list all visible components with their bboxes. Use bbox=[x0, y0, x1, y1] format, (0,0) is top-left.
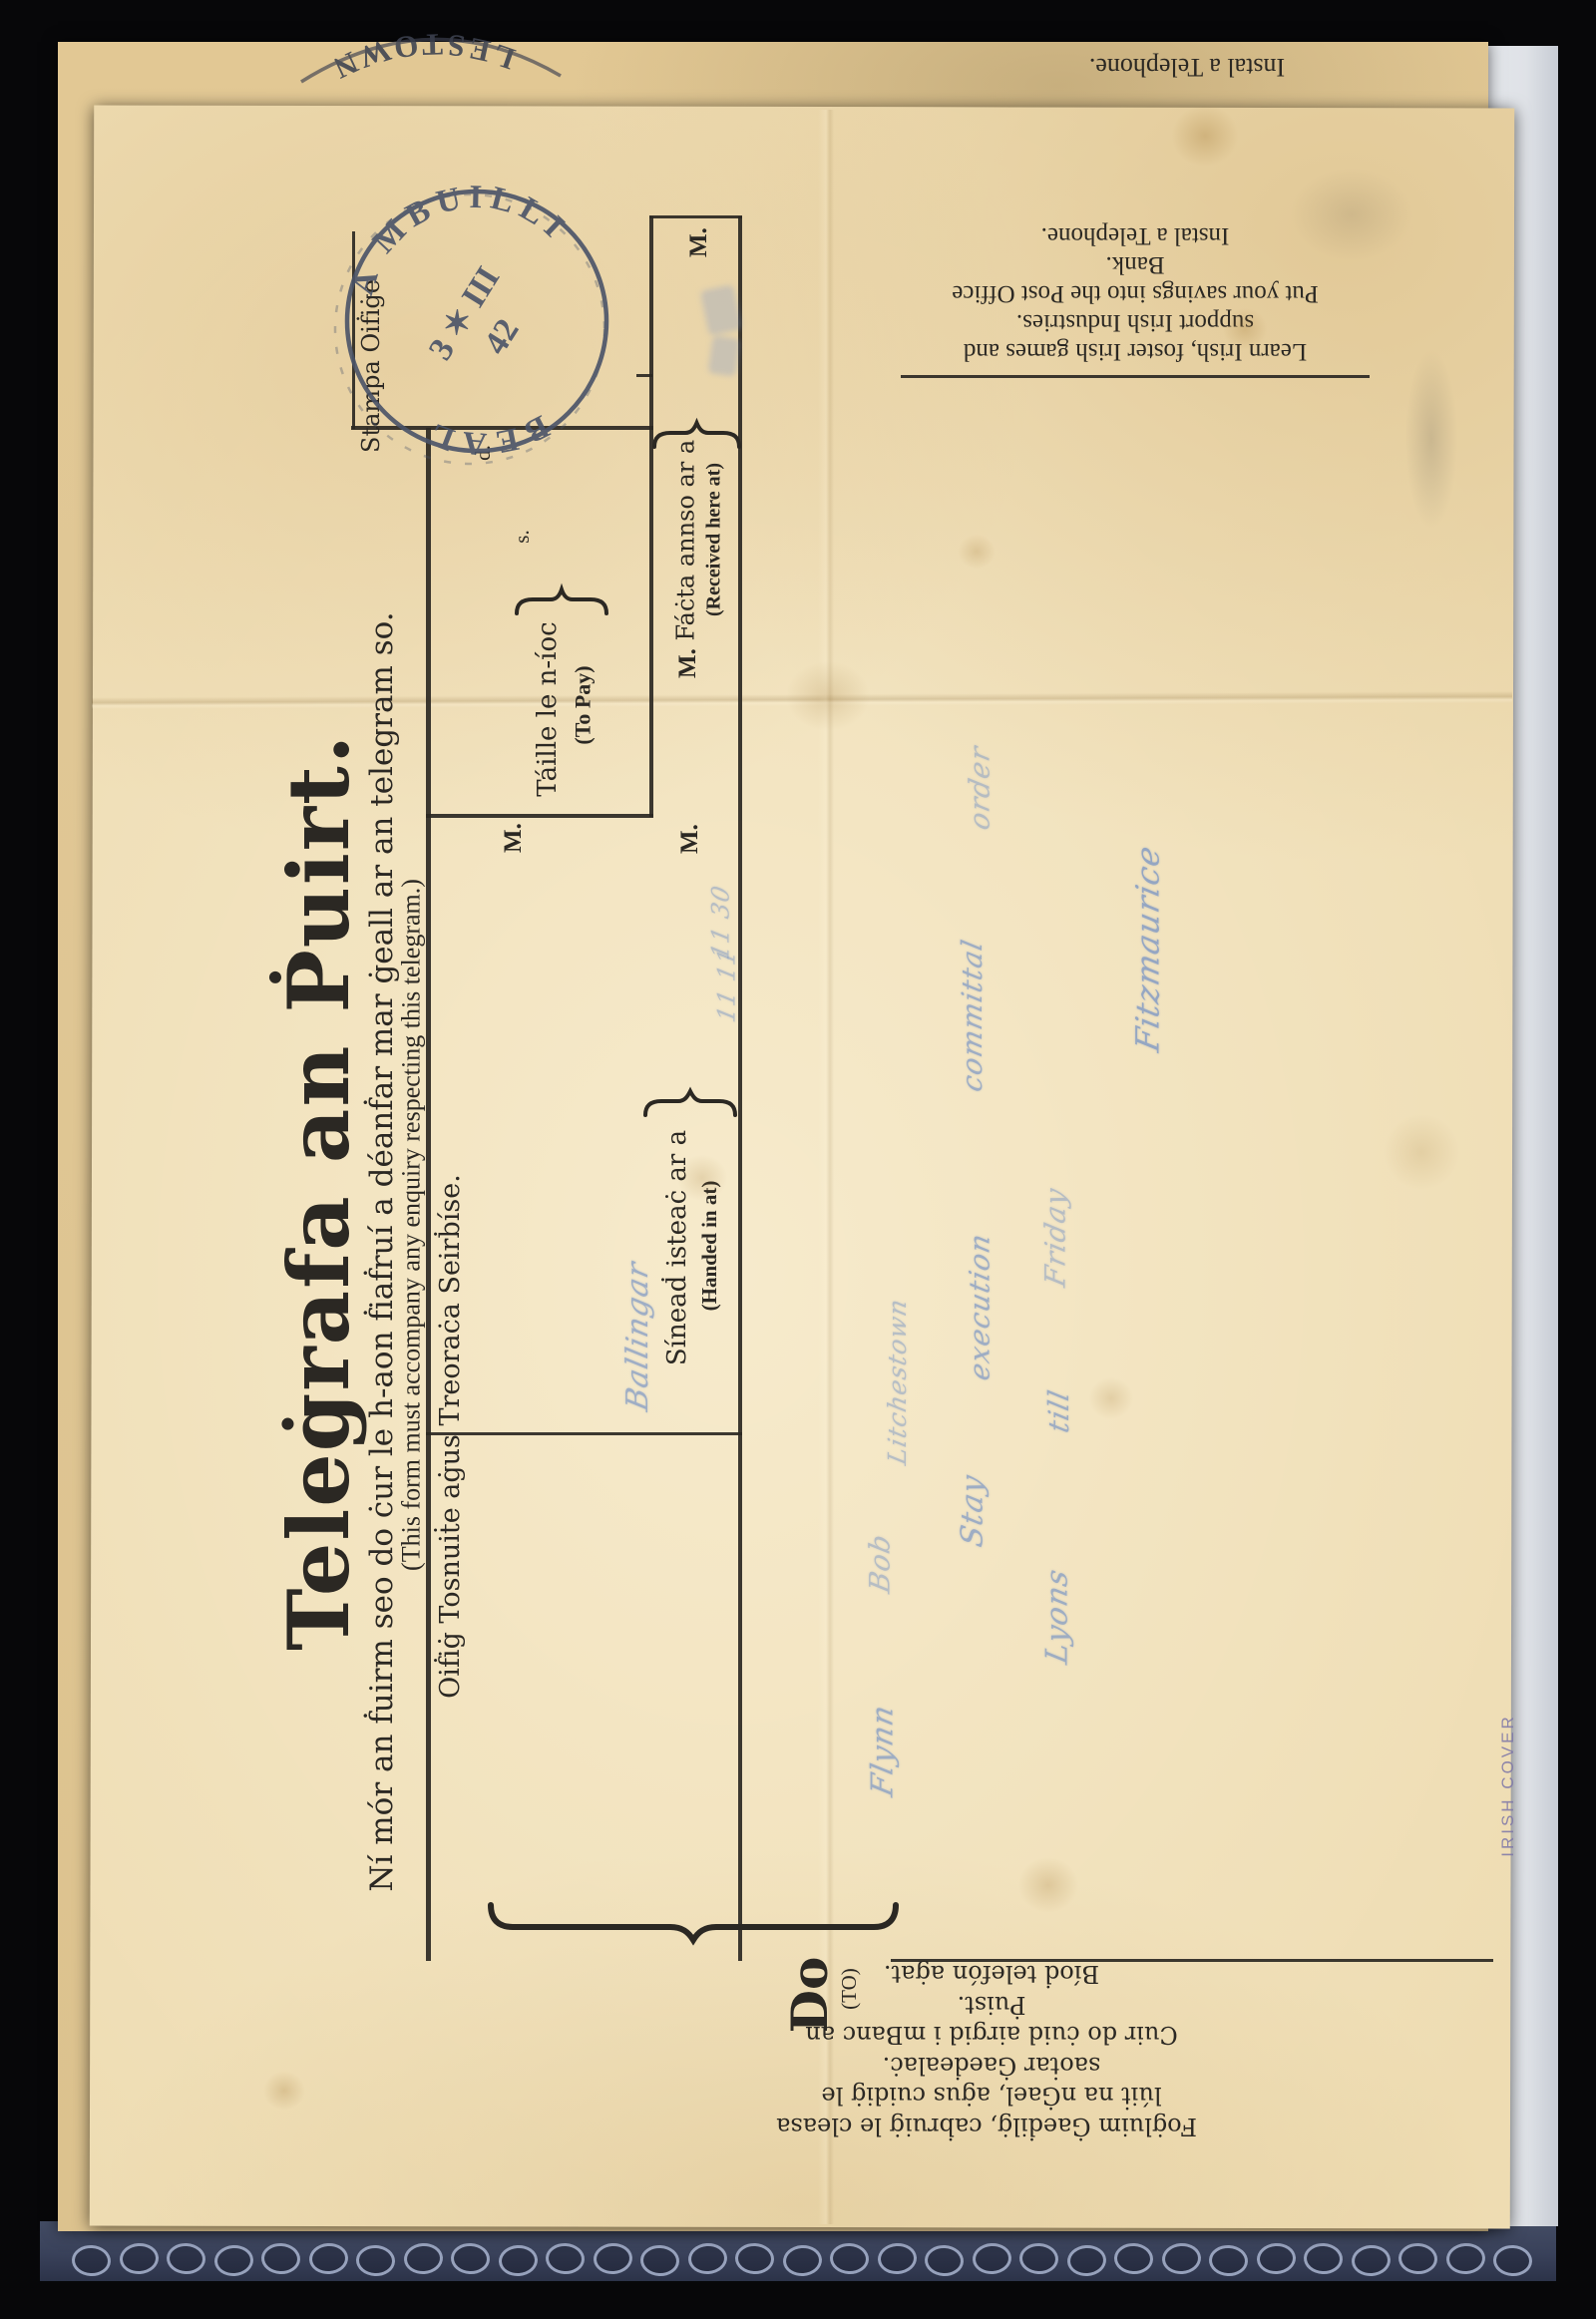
postmark-date-year: 42 bbox=[477, 312, 526, 360]
form-title: Teleġrafa an Ṗuirt. bbox=[264, 873, 374, 1651]
promo-ga-line3: saoṫar Ġaeḋealaċ. bbox=[786, 2051, 1197, 2082]
album-scan: { "album": { "side_note": "IRISH COVER" … bbox=[0, 0, 1596, 2319]
promo-ga-line2: lúiṫ na nĠael, aġus cuidiġ le bbox=[786, 2081, 1197, 2112]
hw-message-word-5: Lyons bbox=[1040, 1554, 1076, 1679]
hw-time-2: 11 11 bbox=[709, 939, 745, 1033]
hw-message-word-7: Friday bbox=[1038, 1175, 1074, 1300]
hw-message-word-4: order bbox=[963, 736, 998, 841]
instruction-english: (This form must accompany any enquiry re… bbox=[394, 545, 430, 1906]
svg-text:A MBUILLI: A MBUILLI bbox=[344, 180, 576, 299]
svg-text:BEAL: BEAL bbox=[419, 408, 554, 462]
to-pay-irish-label: Táille le n-íoc bbox=[531, 614, 565, 804]
hw-addressee-2: Bob bbox=[863, 1516, 899, 1611]
handed-brace bbox=[645, 1091, 735, 1115]
promo-english-block: Learn Irish, foster Irish games and supp… bbox=[898, 221, 1373, 366]
hw-message-word-2: execution bbox=[963, 1225, 998, 1389]
promo-ga-line6: Bíoḋ telefón aġat. bbox=[786, 1959, 1197, 1990]
to-pay-english-label: (To Pay) bbox=[569, 633, 598, 778]
m-label-4: M. bbox=[673, 819, 707, 859]
office-of-origin-label: Oiḟiġ Tosnuiṫe aġus Treoraċa Seirḃíse. bbox=[433, 1172, 469, 1701]
promo-en-line3: Put your savings into the Post Office bbox=[898, 279, 1373, 308]
ink-smudge-2 bbox=[707, 335, 740, 377]
postmark-town-bottom: BEAL bbox=[419, 408, 554, 462]
m-label-2: M. bbox=[671, 643, 705, 683]
promo-ga-line1: Foġluim Ġaeḋilġ, caḃruiġ le cleasa bbox=[786, 2112, 1197, 2142]
hw-addressee-1: Flynn bbox=[866, 1684, 902, 1818]
received-english-label: (Received here at) bbox=[700, 453, 728, 627]
album-side-note: IRISH COVER bbox=[1496, 1676, 1520, 1895]
hw-handed-in-office: Ballingar bbox=[620, 1252, 656, 1421]
promo-en-line5: Instal a Telephone. bbox=[898, 221, 1373, 250]
handed-irish-label: Síneaḋ isteaċ ar a bbox=[660, 1118, 694, 1377]
hw-message-word-3: committal bbox=[955, 916, 991, 1115]
promo-ga-line4: Cuir do ċuid airgid i mBanc an bbox=[786, 2020, 1197, 2051]
promo-en-line4: Bank. bbox=[898, 250, 1373, 279]
hw-addressee-3: Litchestown bbox=[880, 1325, 916, 1464]
m-label-1: M. bbox=[682, 222, 716, 262]
hw-message-word-6: till bbox=[1041, 1381, 1077, 1441]
m-label-3: M. bbox=[497, 818, 531, 858]
promo-ga-line5: Ṗuist. bbox=[786, 1990, 1197, 2021]
hw-message-word-1: Stay bbox=[956, 1464, 992, 1559]
postmark-beal-ata-mbuilli: A MBUILLI BEAL 3 ✶ III 42 bbox=[327, 172, 626, 471]
shillings-label: s. bbox=[508, 522, 536, 552]
postmark-town-top: A MBUILLI bbox=[344, 180, 576, 299]
received-irish-label: Fáċta annso ar a bbox=[670, 447, 702, 641]
promo-irish-block: Foġluim Ġaeḋilġ, caḃruiġ le cleasa lúiṫ … bbox=[786, 1959, 1197, 2141]
hw-signature: Fitzmaurice bbox=[1129, 817, 1167, 1081]
handed-english-label: (Handed in at) bbox=[694, 1146, 724, 1346]
promo-en-line1: Learn Irish, foster Irish games and bbox=[898, 337, 1373, 366]
to-brace bbox=[491, 1905, 896, 1940]
promo-en-line2: support Irish Industries. bbox=[898, 308, 1373, 337]
topay-brace bbox=[517, 589, 606, 613]
